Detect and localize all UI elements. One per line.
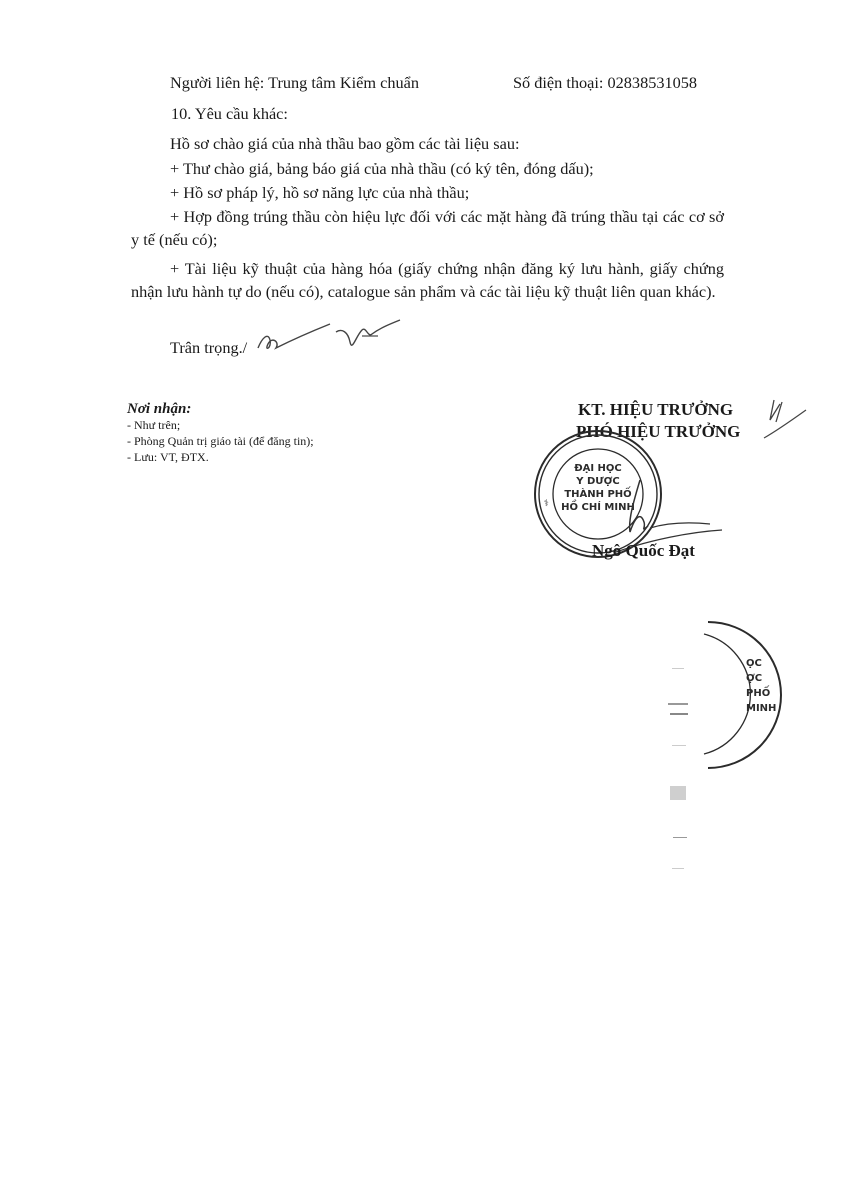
contact-person: Người liên hệ: Trung tâm Kiểm chuẩn bbox=[170, 73, 419, 93]
scan-artifact bbox=[670, 786, 686, 800]
section-heading: 10. Yêu cầu khác: bbox=[171, 104, 288, 124]
recipient-item: - Lưu: VT, ĐTX. bbox=[127, 450, 209, 464]
scan-artifact bbox=[672, 668, 684, 669]
section-intro: Hồ sơ chào giá của nhà thầu bao gồm các … bbox=[170, 134, 520, 154]
recipients-heading: Nơi nhận: bbox=[127, 399, 191, 419]
approval-initial-icon bbox=[760, 398, 810, 443]
requirement-item: + Thư chào giá, bảng báo giá của nhà thầ… bbox=[170, 159, 594, 179]
requirement-item: + Hợp đồng trúng thầu còn hiệu lực đối v… bbox=[131, 206, 724, 251]
initials-signature-icon bbox=[250, 318, 410, 363]
scan-artifact bbox=[668, 703, 688, 705]
scan-artifact bbox=[672, 868, 684, 869]
stamp-line: ỌC bbox=[746, 656, 776, 671]
scan-artifact bbox=[673, 837, 687, 838]
signer-name: Ngô Quốc Đạt bbox=[592, 541, 695, 561]
requirement-item: + Hồ sơ pháp lý, hồ sơ năng lực của nhà … bbox=[170, 183, 469, 203]
scan-artifact bbox=[672, 745, 686, 746]
stamp-line: ỢC bbox=[746, 671, 776, 686]
requirement-item: + Tài liệu kỹ thuật của hàng hóa (giấy c… bbox=[131, 258, 724, 303]
signature-title-line1: KT. HIỆU TRƯỞNG bbox=[578, 400, 733, 420]
recipient-item: - Phòng Quản trị giáo tài (để đăng tin); bbox=[127, 434, 314, 448]
stamp-line: PHỐ bbox=[746, 686, 776, 701]
closing-text: Trân trọng./ bbox=[170, 338, 247, 358]
partial-stamp: ỌC ỢC PHỐ MINH bbox=[700, 618, 820, 778]
stamp-line: MINH bbox=[746, 701, 776, 716]
recipient-item: - Như trên; bbox=[127, 418, 180, 432]
contact-phone: Số điện thoại: 02838531058 bbox=[513, 73, 697, 93]
scan-artifact bbox=[670, 713, 688, 715]
partial-stamp-text: ỌC ỢC PHỐ MINH bbox=[746, 656, 776, 716]
